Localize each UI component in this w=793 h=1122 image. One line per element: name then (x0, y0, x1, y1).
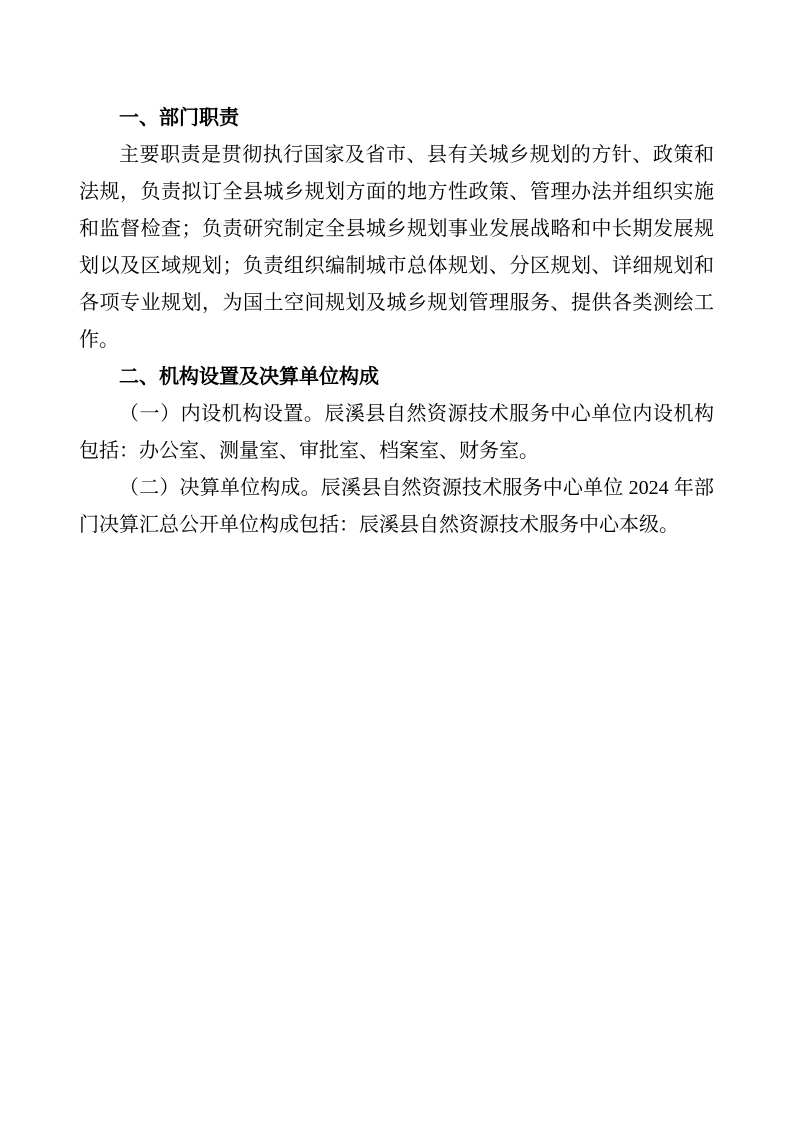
section-heading-duties: 一、部门职责 (79, 100, 714, 137)
section-heading-structure: 二、机构设置及决算单位构成 (79, 359, 714, 396)
document-page: 一、部门职责 主要职责是贯彻执行国家及省市、县有关城乡规划的方针、政策和法规，负… (0, 0, 793, 1122)
duties-paragraph: 主要职责是贯彻执行国家及省市、县有关城乡规划的方针、政策和法规，负责拟订全县城乡… (79, 137, 714, 359)
budget-units-paragraph: （二）决算单位构成。辰溪县自然资源技术服务中心单位 2024 年部门决算汇总公开… (79, 470, 714, 544)
internal-orgs-paragraph: （一）内设机构设置。辰溪县自然资源技术服务中心单位内设机构包括：办公室、测量室、… (79, 396, 714, 470)
